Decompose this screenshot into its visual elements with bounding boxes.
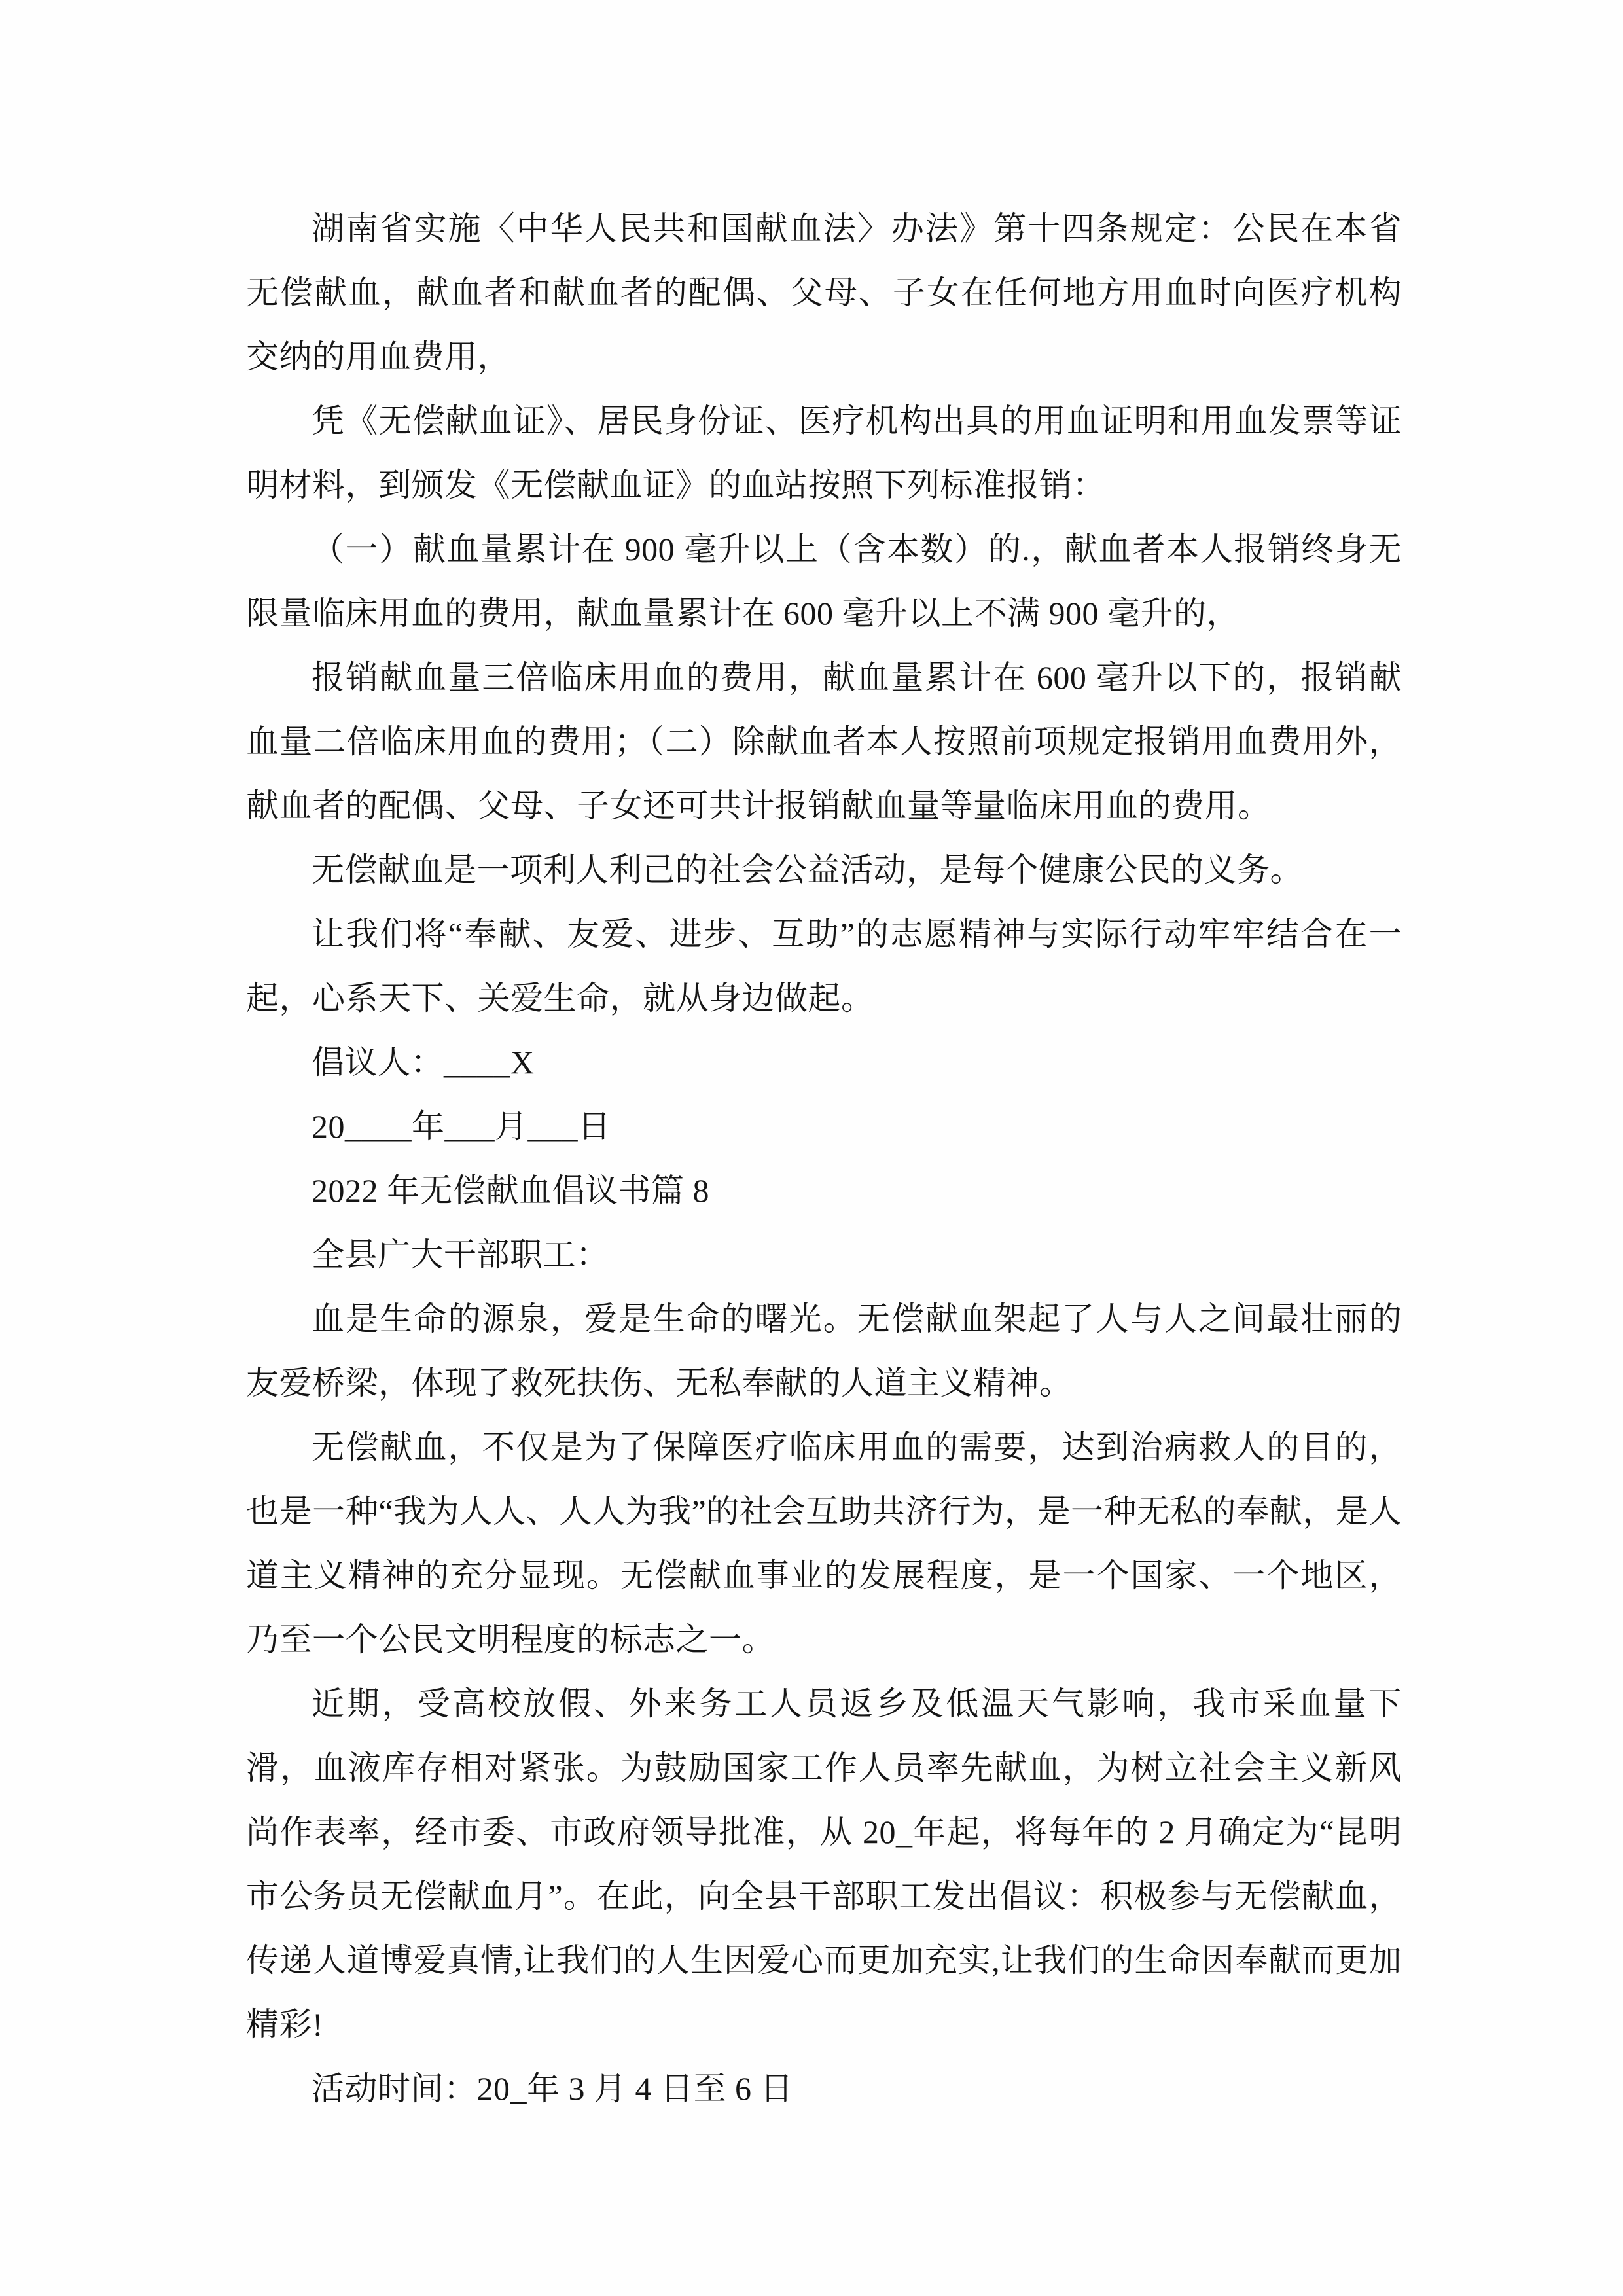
document-page: 湖南省实施〈中华人民共和国献血法〉办法》第十四条规定：公民在本省无偿献血，献血者… xyxy=(0,0,1623,2296)
paragraph: 近期，受高校放假、外来务工人员返乡及低温天气影响，我市采血量下滑，血液库存相对紧… xyxy=(246,1672,1402,2056)
paragraph: 血是生命的源泉，爱是生命的曙光。无偿献血架起了人与人之间最壮丽的友爱桥梁，体现了… xyxy=(246,1287,1402,1415)
paragraph: 活动时间：20_年 3 月 4 日至 6 日 xyxy=(246,2056,1402,2121)
paragraph: 报销献血量三倍临床用血的费用，献血量累计在 600 毫升以下的，报销献血量二倍临… xyxy=(246,645,1402,838)
paragraph: 无偿献血，不仅是为了保障医疗临床用血的需要，达到治病救人的目的，也是一种“我为人… xyxy=(246,1415,1402,1672)
document-body: 湖南省实施〈中华人民共和国献血法〉办法》第十四条规定：公民在本省无偿献血，献血者… xyxy=(246,196,1402,2121)
paragraph: 倡议人：____X xyxy=(246,1030,1402,1094)
paragraph: 全县广大干部职工： xyxy=(246,1223,1402,1287)
paragraph: 湖南省实施〈中华人民共和国献血法〉办法》第十四条规定：公民在本省无偿献血，献血者… xyxy=(246,196,1402,389)
paragraph: 让我们将“奉献、友爱、进步、互助”的志愿精神与实际行动牢牢结合在一起，心系天下、… xyxy=(246,902,1402,1030)
paragraph: 无偿献血是一项利人利己的社会公益活动，是每个健康公民的义务。 xyxy=(246,838,1402,902)
paragraph: 20____年___月___日 xyxy=(246,1094,1402,1158)
paragraph: （一）献血量累计在 900 毫升以上（含本数）的.，献血者本人报销终身无限量临床… xyxy=(246,517,1402,645)
paragraph: 凭《无偿献血证》、居民身份证、医疗机构出具的用血证明和用血发票等证明材料，到颁发… xyxy=(246,389,1402,517)
paragraph: 2022 年无偿献血倡议书篇 8 xyxy=(246,1158,1402,1223)
